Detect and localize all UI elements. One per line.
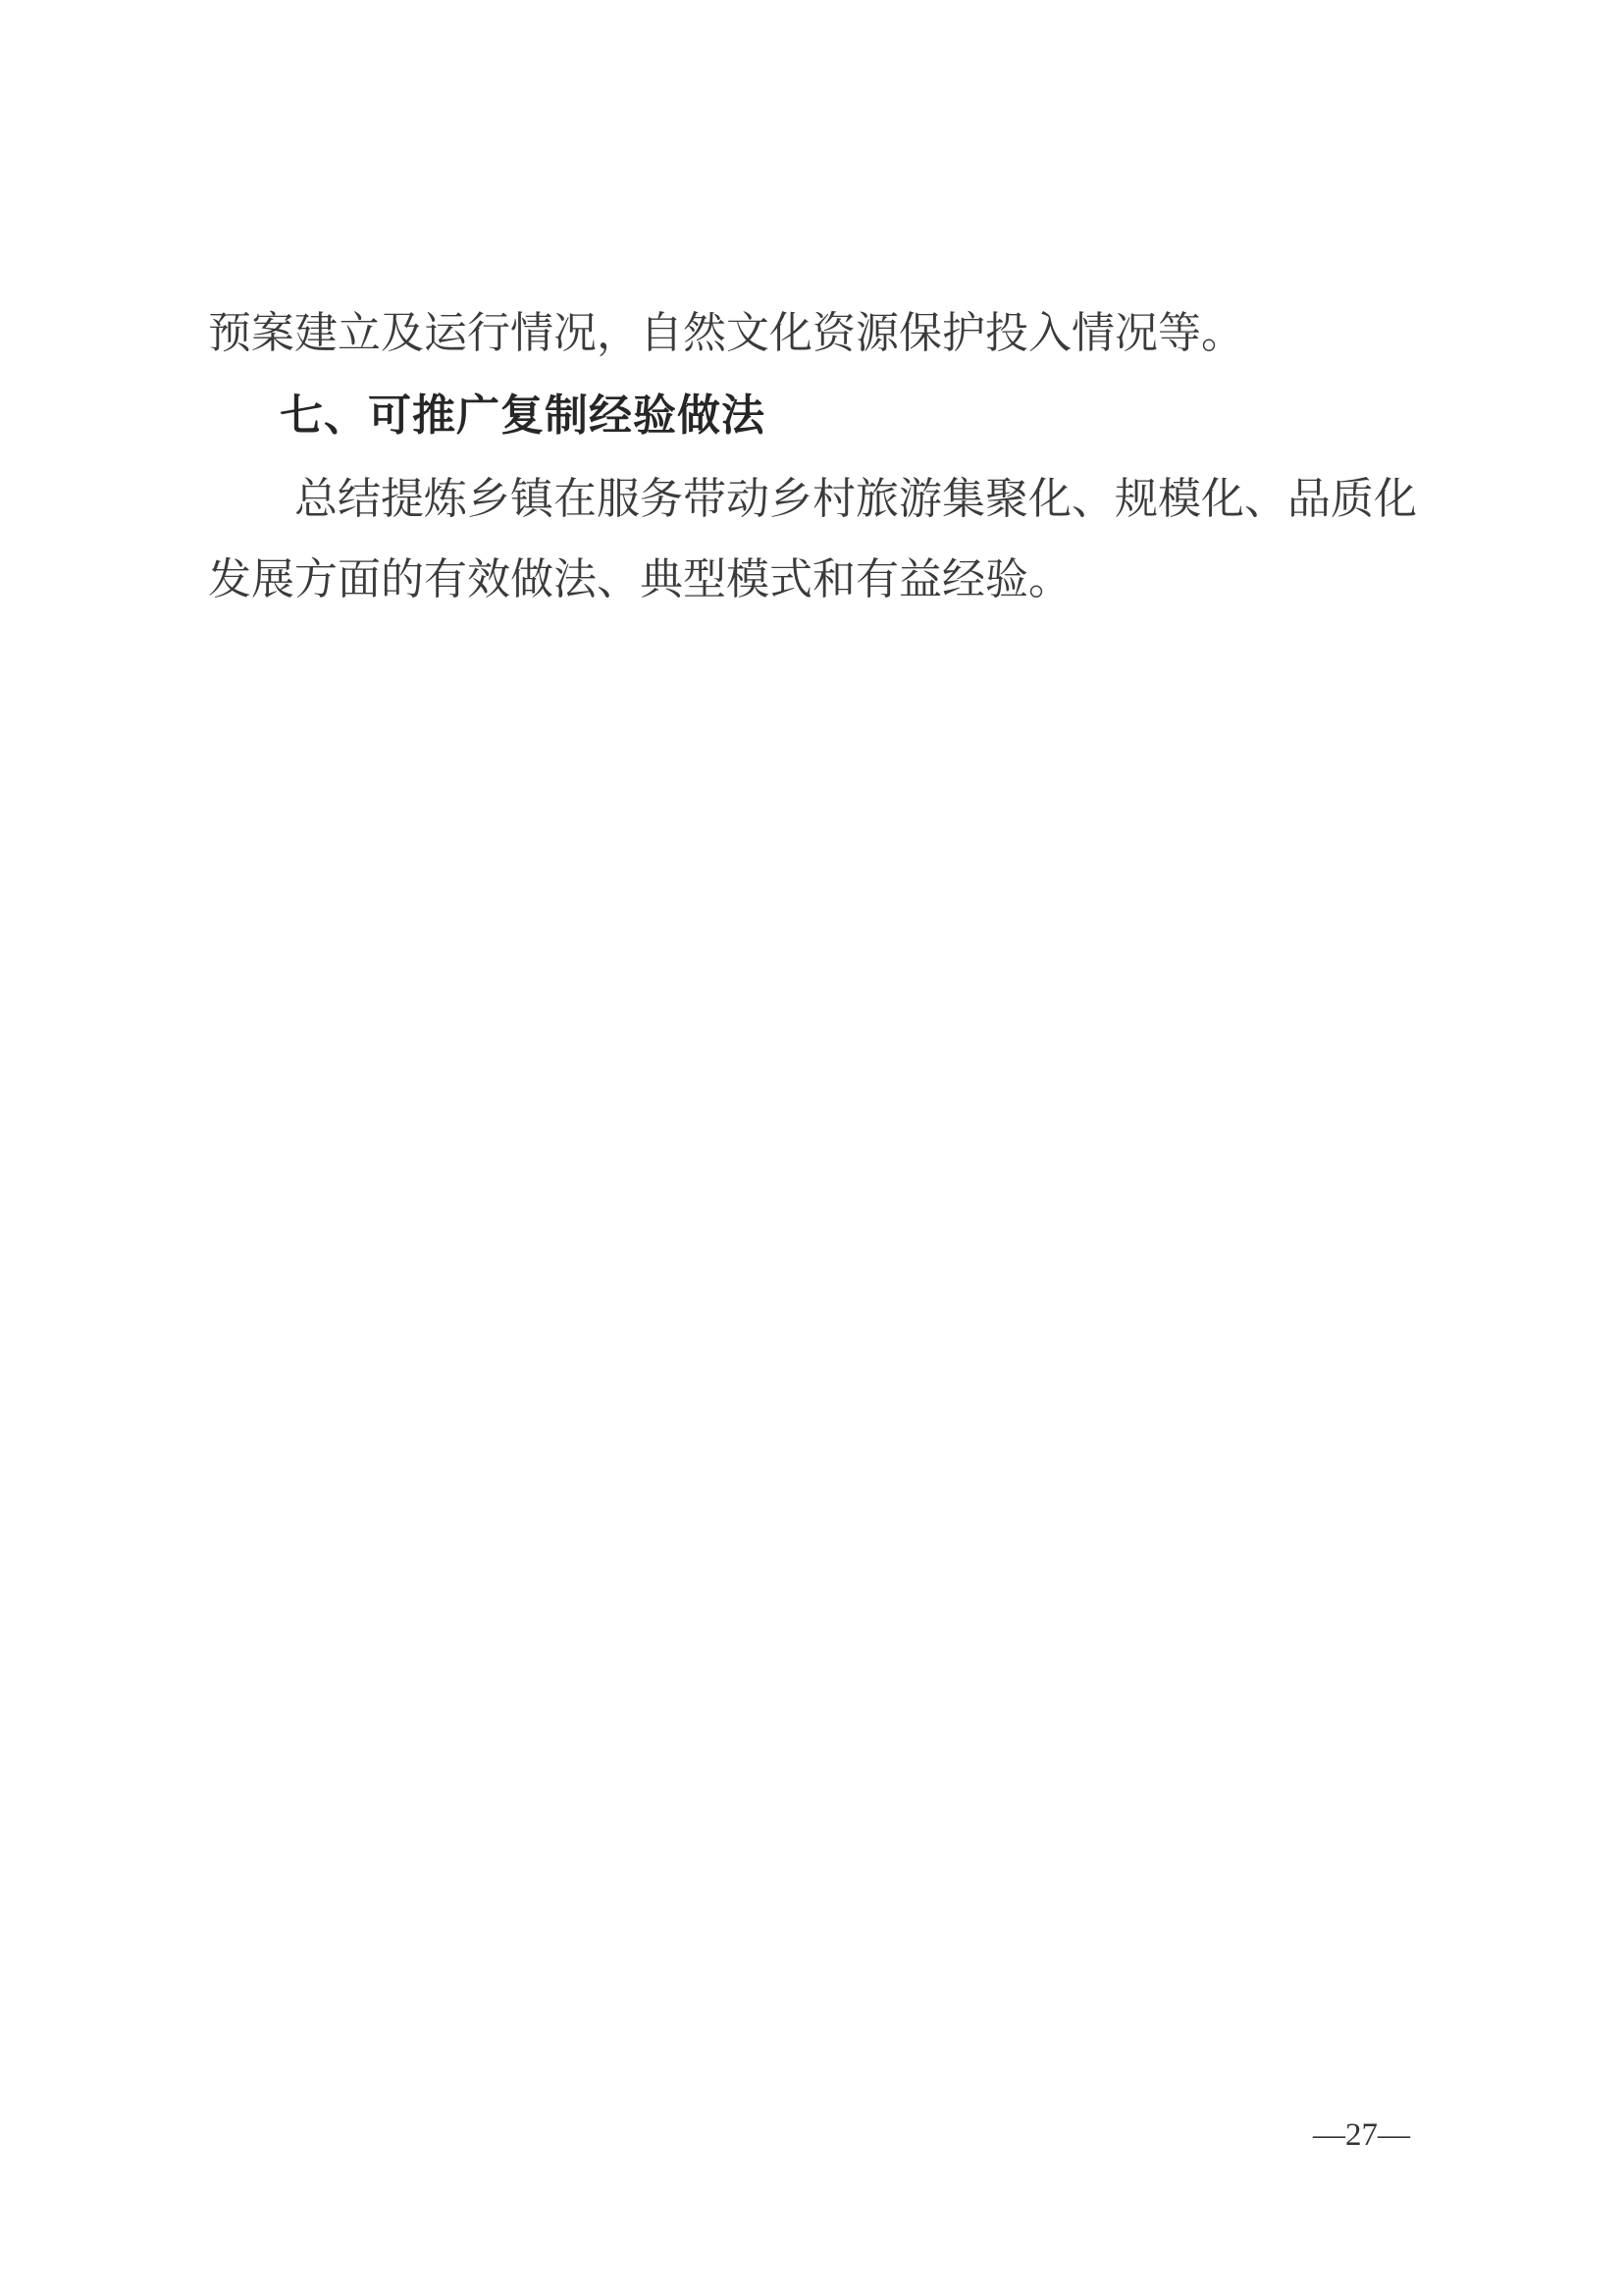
document-page: 预案建立及运行情况，自然文化资源保护投入情况等。 七、可推广复制经验做法 总结提… <box>0 0 1623 2296</box>
paragraph-end-line: 预案建立及运行情况，自然文化资源保护投入情况等。 <box>208 312 1425 355</box>
page-number: —27— <box>1313 2119 1410 2152</box>
section-heading: 七、可推广复制经验做法 <box>280 394 1496 438</box>
paragraph-line: 发展方面的有效做法、典型模式和有益经验。 <box>208 558 1425 601</box>
paragraph-line: 总结提炼乡镇在服务带动乡村旅游集聚化、规模化、品质化 <box>294 478 1511 521</box>
